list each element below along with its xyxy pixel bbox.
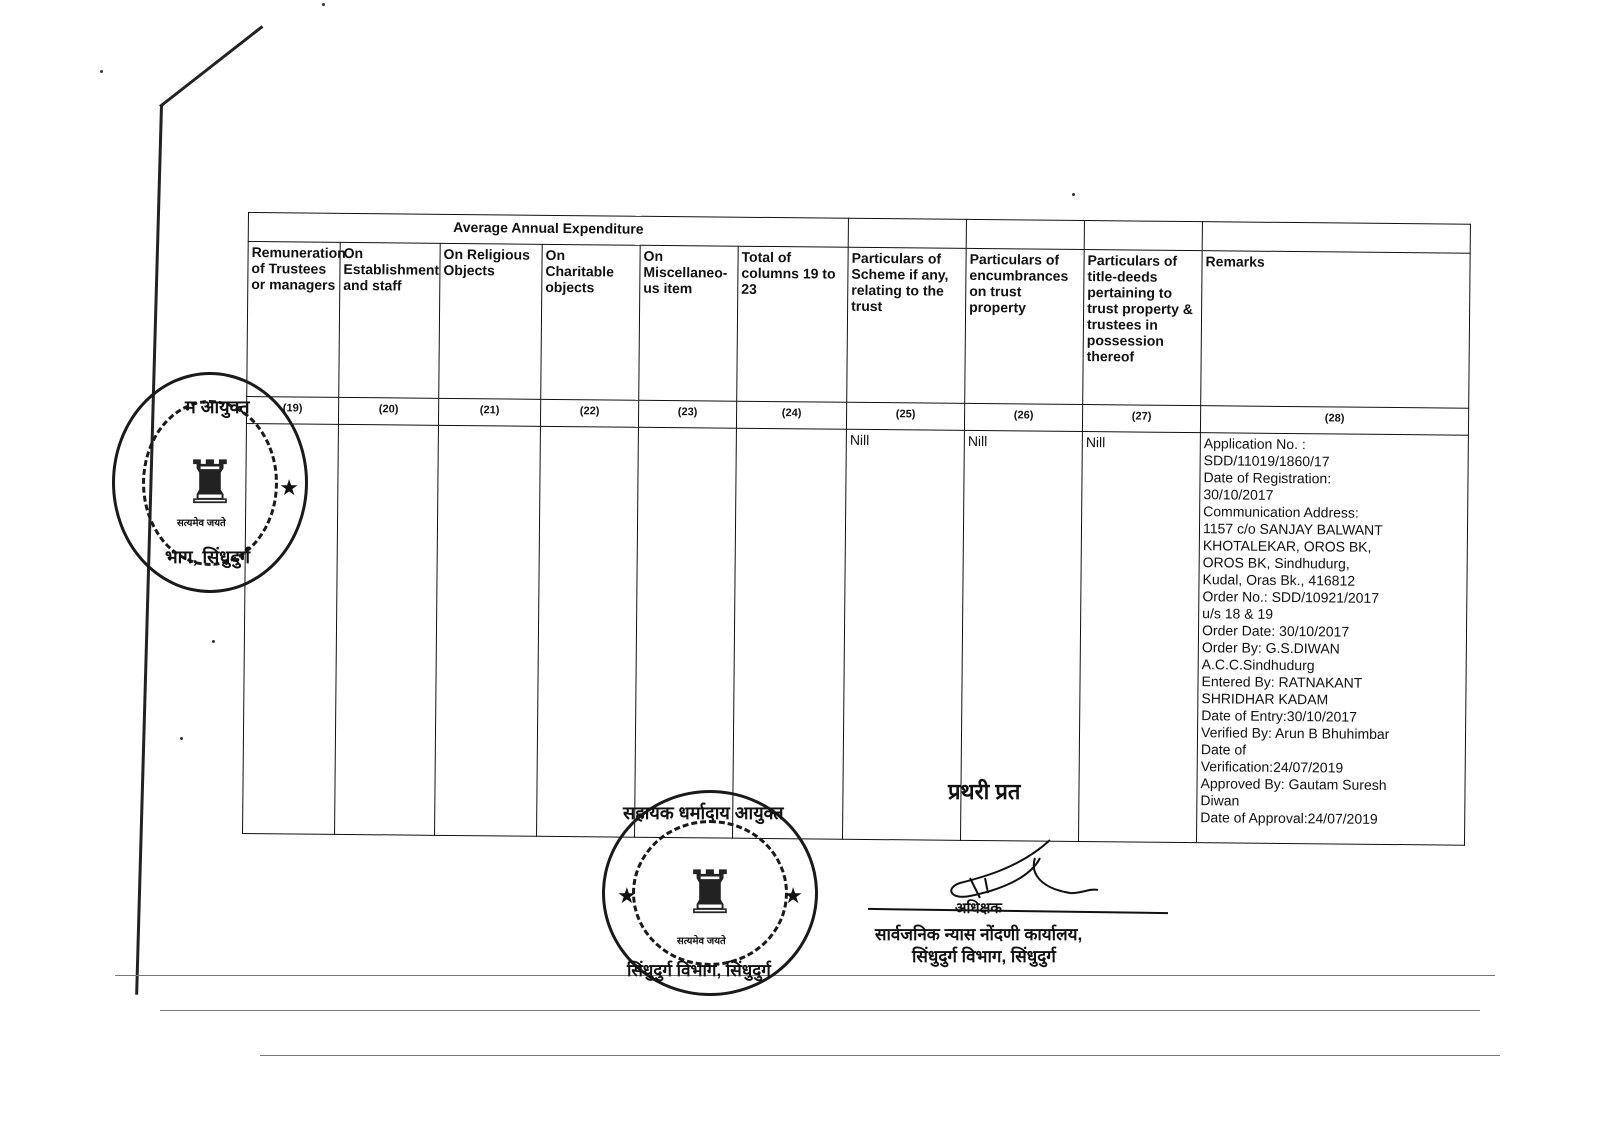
blank-cell xyxy=(848,218,966,248)
seal-motto: सत्यमेव जयते xyxy=(177,515,226,529)
column-number: (27) xyxy=(1082,405,1200,433)
cell-title-deeds: Nill xyxy=(1079,432,1201,843)
cell-remarks: Application No. :SDD/11019/1860/17Date o… xyxy=(1197,433,1469,846)
blank-cell xyxy=(1202,222,1470,254)
column-number: (26) xyxy=(964,403,1082,431)
office-name: सार्वजनिक न्यास नोंदणी कार्यालय, xyxy=(875,922,1082,945)
column-number: (23) xyxy=(638,400,736,428)
column-number: (24) xyxy=(736,401,846,429)
blank-cell xyxy=(966,219,1084,249)
seal-motto: सत्यमेव जयते xyxy=(677,933,726,947)
seal-inner-ring xyxy=(142,400,278,566)
cell-miscellaneous xyxy=(635,427,737,838)
seal-bottom-text: सिंधुदुर्ग विभाग, सिंधुदुर्ग xyxy=(627,958,771,981)
scan-page-edge-top xyxy=(159,25,263,107)
scan-fold-line xyxy=(115,975,1495,976)
column-number: (20) xyxy=(338,397,438,425)
column-header-total: Total of columns 19 to 23 xyxy=(737,246,849,402)
column-header-encumbrances: Particulars of encumbrances on trust pro… xyxy=(965,248,1084,404)
column-number: (21) xyxy=(438,398,540,426)
scan-fold-line xyxy=(260,1055,1500,1056)
signature-line xyxy=(868,908,1168,914)
seal-bottom-text: भाग, सिंधुदुर्ग xyxy=(165,545,250,569)
column-header-remuneration: Remuneration of Trustees or managers xyxy=(247,242,340,398)
signatory-title: अधिक्षक xyxy=(955,898,1002,918)
office-seal-bottom: ♜ ★ ★ सहायक धर्मादाय आयुक्त सिंधुदुर्ग व… xyxy=(602,790,818,996)
cell-scheme: Nill xyxy=(843,429,965,840)
star-icon: ★ xyxy=(783,883,803,909)
cell-religious-objects xyxy=(435,425,541,836)
office-division: सिंधुदुर्ग विभाग, सिंधुदुर्ग xyxy=(912,944,1056,967)
cell-establishment xyxy=(335,424,439,835)
star-icon: ★ xyxy=(617,883,637,909)
seal-top-text: सहायक धर्मादाय आयुक्त xyxy=(623,801,784,825)
star-icon: ★ xyxy=(279,475,299,501)
cell-total xyxy=(733,428,847,839)
remarks-line: Approved By: Gautam Suresh xyxy=(1201,775,1462,795)
scan-speck xyxy=(100,70,103,73)
column-header-scheme: Particulars of Scheme if any, relating t… xyxy=(847,247,966,403)
column-header-miscellaneous: On Miscellaneo-us item xyxy=(639,245,738,401)
remarks-line: Date of Approval:24/07/2019 xyxy=(1200,809,1461,829)
trust-register-table: Average Annual Expenditure Remuneration … xyxy=(242,212,1470,846)
column-header-charitable-objects: On Charitable objects xyxy=(541,244,640,400)
scan-speck xyxy=(322,3,325,6)
column-header-remarks: Remarks xyxy=(1201,251,1470,409)
cell-charitable-objects xyxy=(537,426,639,837)
blank-cell xyxy=(1084,221,1202,251)
column-header-title-deeds: Particulars of title-deeds pertaining to… xyxy=(1083,250,1202,406)
scan-speck xyxy=(180,737,183,740)
scan-speck xyxy=(212,640,215,643)
scan-fold-line xyxy=(160,1010,1480,1011)
certified-copy-mark: प्रथरी प्रत xyxy=(948,776,1020,806)
column-number: (25) xyxy=(846,402,964,430)
column-number: (28) xyxy=(1200,406,1468,436)
column-header-establishment: On Establishment and staff xyxy=(339,242,440,398)
office-seal-left: ♜ ★ म आयुक्त भाग, सिंधुदुर्ग सत्यमेव जयत… xyxy=(112,372,308,593)
scan-speck xyxy=(1072,193,1075,196)
column-header-religious-objects: On Religious Objects xyxy=(439,243,542,399)
seal-top-text: म आयुक्त xyxy=(185,395,250,419)
column-number: (22) xyxy=(540,399,638,427)
